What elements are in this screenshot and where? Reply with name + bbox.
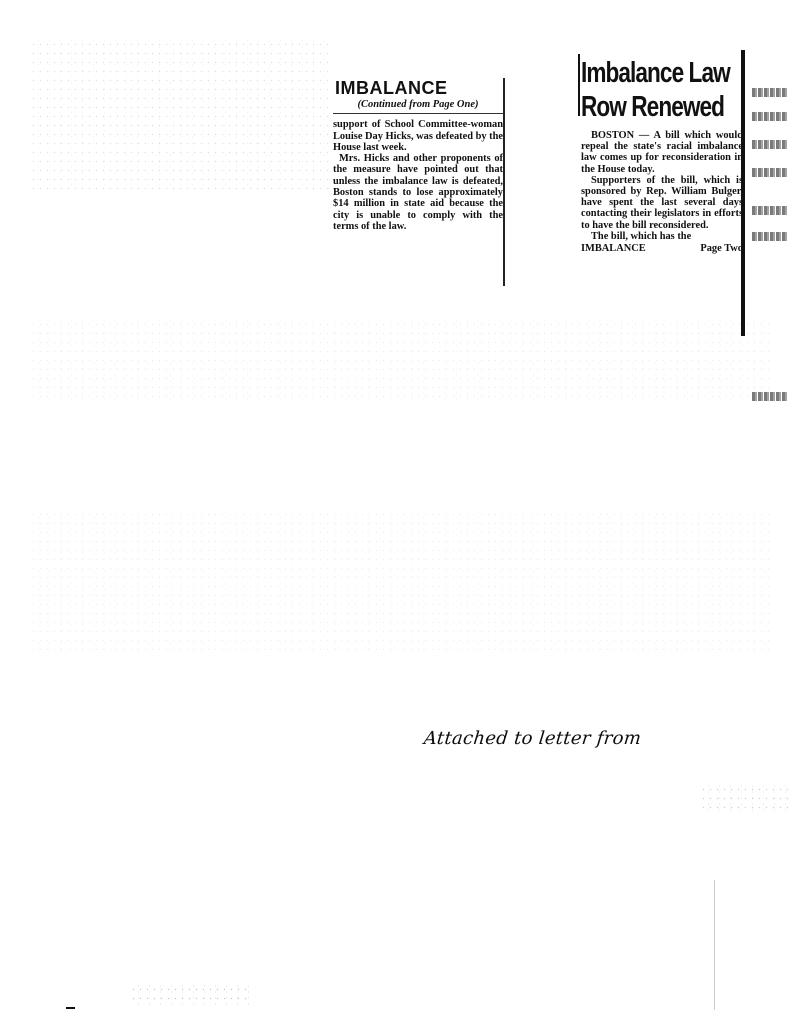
headline: Imbalance Law Row Renewed xyxy=(581,56,707,124)
scan-noise xyxy=(30,510,770,650)
adjacent-column-bleed xyxy=(752,88,788,97)
jump-page: Page Two xyxy=(700,243,743,254)
clipping-body: BOSTON — A bill which would repeal the s… xyxy=(581,130,743,254)
headline-line: Row Renewed xyxy=(581,90,707,124)
handwritten-note: Attached to letter from xyxy=(423,728,642,749)
continuation-note: (Continued from Page One) xyxy=(333,99,503,114)
adjacent-column-bleed xyxy=(752,168,788,177)
clipping-continued: IMBALANCE (Continued from Page One) supp… xyxy=(333,78,503,232)
adjacent-column-bleed xyxy=(752,232,788,241)
scan-edge-line xyxy=(714,880,715,1010)
scan-noise xyxy=(30,40,330,190)
jump-label: IMBALANCE xyxy=(581,243,646,254)
paragraph: The bill, which has the xyxy=(581,231,743,242)
clipping-front: Imbalance Law Row Renewed BOSTON — A bil… xyxy=(581,56,743,254)
column-rule xyxy=(503,78,505,286)
jump-line: IMBALANCE Page Two xyxy=(581,243,743,254)
clipping-body: support of School Committee-woman Louise… xyxy=(333,116,503,232)
adjacent-column-bleed xyxy=(752,392,788,401)
paragraph: Mrs. Hicks and other proponents of the m… xyxy=(333,153,503,232)
scan-mark xyxy=(66,1007,75,1009)
adjacent-column-bleed xyxy=(752,206,788,215)
paragraph: BOSTON — A bill which would repeal the s… xyxy=(581,130,743,175)
paragraph: Supporters of the bill, which is sponsor… xyxy=(581,175,743,231)
paragraph: support of School Committee-woman Louise… xyxy=(333,119,503,153)
scan-noise xyxy=(700,785,788,815)
scan-noise xyxy=(130,985,250,1005)
clipping-border xyxy=(741,50,745,336)
headline-line: Imbalance Law xyxy=(581,56,707,90)
clipping-kicker: IMBALANCE xyxy=(335,78,503,98)
scan-noise xyxy=(30,320,770,400)
adjacent-column-bleed xyxy=(752,112,788,121)
clipping-border xyxy=(578,54,580,116)
adjacent-column-bleed xyxy=(752,140,788,149)
